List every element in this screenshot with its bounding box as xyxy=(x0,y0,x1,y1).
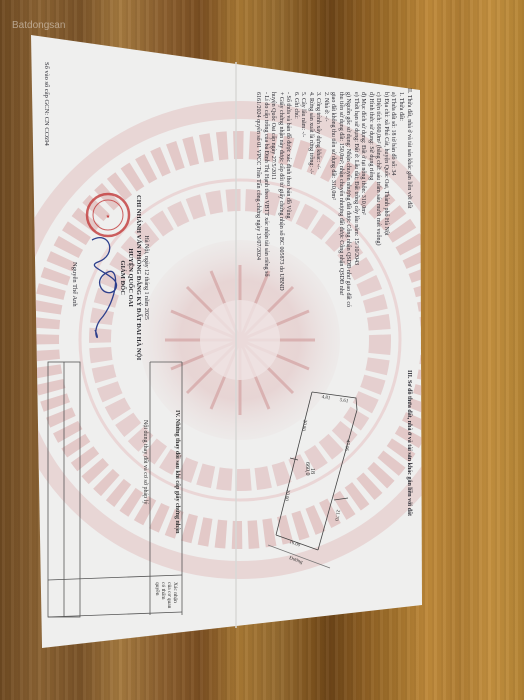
section-ii-line: - Số thửa và bản đồ được xác định theo b… xyxy=(284,92,292,307)
section-ii-line: + Giấy chứng nhận này được cấp đổi từ gi… xyxy=(277,92,285,307)
parcel-area: 660,0 xyxy=(304,462,310,476)
section-ii-line: đ) Mục đích sử dụng: Đất ở tại nông thôn… xyxy=(359,92,367,307)
changes-column-header: Nội dung thay đổi và cơ sở pháp lý xyxy=(142,420,148,504)
svg-text:★: ★ xyxy=(106,214,111,220)
section-ii-line: 6. Ghi chú: xyxy=(292,92,300,307)
signer-position: GIÁM ĐỐC xyxy=(118,195,126,360)
section-ii-line: 5. Cây lâu năm: -/- xyxy=(299,92,307,307)
section-ii-line: d) Hình thức sử dụng: Sử dụng riêng xyxy=(367,92,375,307)
section-ii-line: 6161/2024 quyển số 01 VPCC Trần Tấn công… xyxy=(254,92,262,307)
signer-name: Nguyễn Thế Anh xyxy=(71,262,79,307)
section-ii-lines: 1. Thửa đất:a) Thửa đất số: 18 tờ bản đồ… xyxy=(254,92,404,307)
authority-column-header: Xác nhận của cơ quan có thẩm quyền xyxy=(154,582,178,610)
section-ii-line: g) Nguồn gốc sử dụng: Nhận chuyển nhượng… xyxy=(344,92,352,307)
certificate-paper: ★ Số vào sổ cấp GCN: CN CC694 II. Thửa đ… xyxy=(0,0,524,700)
signing-date: Hà Nội, ngày 12 tháng 1 năm 2025 xyxy=(142,195,150,360)
section-ii-line: e) Thời hạn sử dụng: Đất ở: Lâu dài; Đất… xyxy=(352,92,360,307)
section-ii-line: 2. Nhà ở: -/- xyxy=(322,92,330,307)
section-iii-title: III. Sơ đồ thửa đất, nhà ở và tài sản kh… xyxy=(405,370,413,516)
signature-block: Hà Nội, ngày 12 tháng 1 năm 2025 CHI NHÁ… xyxy=(118,195,150,360)
section-ii-line: 4. Rừng sản xuất là rừng trồng: -/- xyxy=(307,92,315,307)
section-ii-line: 1. Thửa đất: xyxy=(397,92,405,307)
section-ii-line: c) Diện tích: 660,0m² (bằng chữ: sáu tră… xyxy=(374,92,382,307)
issuing-district: HUYỆN QUỐC OAI xyxy=(126,195,134,360)
serial-number: Số vào sổ cấp GCN: CN CC694 xyxy=(43,62,51,146)
section-ii-line: 3. Công trình xây dựng khác: -/- xyxy=(314,92,322,307)
section-ii-line: a) Thửa đất số: 18 tờ bản đồ số: 34 xyxy=(389,92,397,307)
section-ii-line: b) Địa chỉ: xã Phú Cát, huyện Quốc Oai, … xyxy=(382,92,390,307)
section-ii-title: II. Thửa đất, nhà ở và tài sản khác gắn … xyxy=(405,88,413,208)
issuing-org: CHI NHÁNH VĂN PHÒNG ĐĂNG KÝ ĐẤT ĐAI HÀ N… xyxy=(134,195,142,360)
section-ii-line: giao đất không thu tiền sử dụng đất: 310… xyxy=(329,92,337,307)
section-ii-text: II. Thửa đất, nhà ở và tài sản khác gắn … xyxy=(405,88,413,208)
section-ii-line: - Lí do cấp trống của bà Đinh Thị Hạnh t… xyxy=(262,92,270,307)
section-ii-line: thu tiền sử dụng đất: 150,0m²; nhận chuy… xyxy=(337,92,345,307)
section-iv-title: IV. Những thay đổi sau khi cấp giấy chứn… xyxy=(174,410,180,533)
section-ii-line: huyện Quốc Oai cấp ngày 27/5/2011 xyxy=(269,92,277,307)
